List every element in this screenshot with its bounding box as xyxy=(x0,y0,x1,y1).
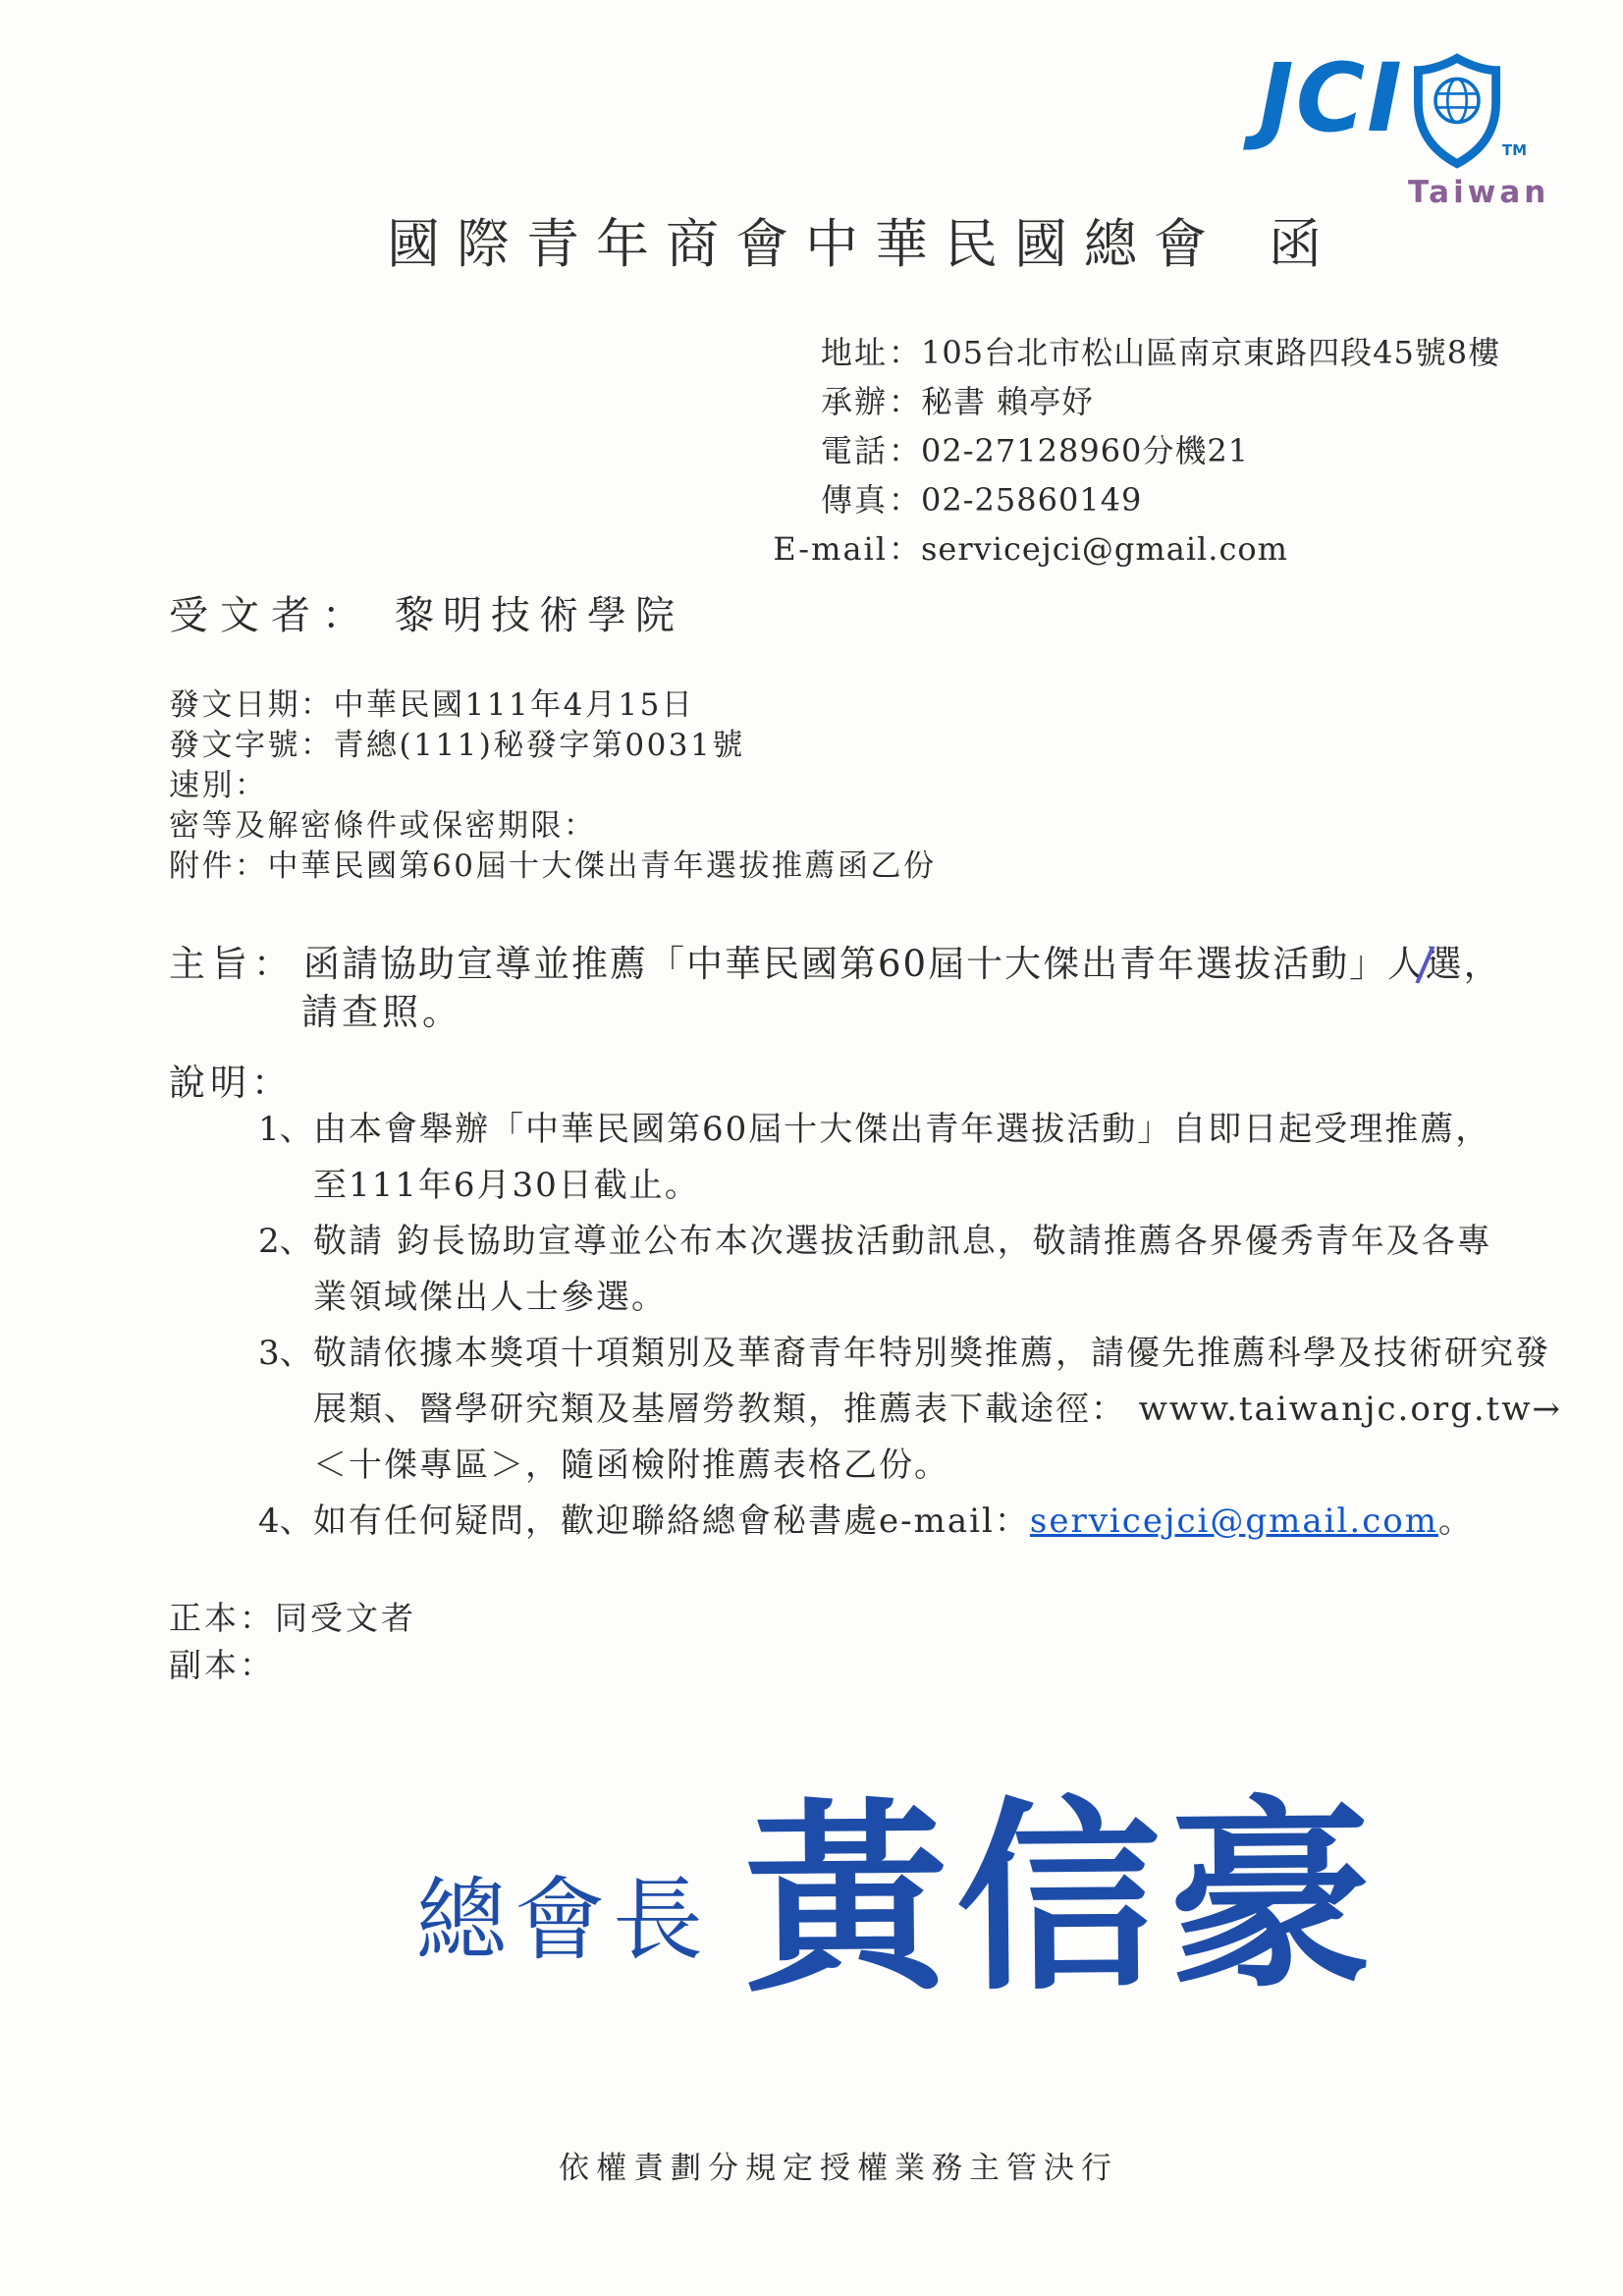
handler-label: 承辦 xyxy=(754,377,888,426)
item-4-number: 4、 xyxy=(258,1494,313,1550)
item-1-line-2: 至111年6月30日截止。 xyxy=(258,1158,1562,1214)
item-2-number: 2、 xyxy=(258,1214,313,1270)
attachment-line: 附件：中華民國第60屆十大傑出青年選拔推薦函乙份 xyxy=(169,847,936,887)
recipient-value: 黎明技術學院 xyxy=(395,593,683,638)
signature-name: 黃信豪 xyxy=(743,1753,1382,2045)
classification-line: 密等及解密條件或保密期限： xyxy=(169,806,936,847)
item-2-line-1: 2、敬請 鈞長協助宣導並公布本次選拔活動訊息，敬請推薦各界優秀青年及各專 xyxy=(258,1214,1562,1270)
organization-name: 國際青年商會中華民國總會 xyxy=(387,213,1223,275)
fax-label: 傳真 xyxy=(754,475,888,524)
address-value: 105台北市松山區南京東路四段45號8樓 xyxy=(921,328,1500,377)
contact-phone-row: 電話：02-27128960分機21 xyxy=(754,426,1500,475)
item-3-number: 3、 xyxy=(258,1326,313,1382)
trademark-label: TM xyxy=(1502,141,1527,159)
handler-value: 秘書 賴亭妤 xyxy=(921,377,1094,426)
item-2-line-2: 業領域傑出人士參選。 xyxy=(258,1270,1562,1326)
jci-taiwan-logo: JCI TM Taiwan xyxy=(1259,51,1573,193)
subject-line-2: 請查照。 xyxy=(301,982,462,1035)
item-3-line-1: 3、敬請依據本獎項十項類別及華裔青年特別獎推薦，請優先推薦科學及技術研究發 xyxy=(258,1326,1562,1382)
item-1-line-1: 1、由本會舉辦「中華民國第60屆十大傑出青年選拔活動」自即日起受理推薦， xyxy=(258,1102,1562,1158)
issue-date-line: 發文日期：中華民國111年4月15日 xyxy=(169,685,936,726)
cc-copy-line: 副本： xyxy=(169,1642,416,1689)
phone-value: 02-27128960分機21 xyxy=(921,426,1249,475)
explanation-label: 說明： xyxy=(169,1053,293,1106)
original-copy-line: 正本：同受文者 xyxy=(169,1595,416,1642)
contact-address-row: 地址：105台北市松山區南京東路四段45號8樓 xyxy=(754,328,1500,377)
contact-handler-row: 承辦：秘書 賴亭妤 xyxy=(754,377,1500,426)
contact-block: 地址：105台北市松山區南京東路四段45號8樓 承辦：秘書 賴亭妤 電話：02-… xyxy=(754,328,1500,574)
authorization-footnote: 依權責劃分規定授權業務主管決行 xyxy=(0,2143,1623,2187)
item-3-line-2: 展類、醫學研究類及基層勞教類，推薦表下載途徑： www.taiwanjc.org… xyxy=(258,1382,1562,1438)
taiwan-label: Taiwan xyxy=(1408,175,1573,210)
copies-block: 正本：同受文者 副本： xyxy=(169,1595,416,1689)
recipient-line: 受文者：黎明技術學院 xyxy=(169,584,683,640)
email-label: E-mail xyxy=(754,524,888,574)
issue-number-line: 發文字號：青總(111)秘發字第0031號 xyxy=(169,726,936,766)
jci-wordmark: JCI xyxy=(1259,51,1404,145)
item-4-line-1: 4、如有任何疑問，歡迎聯絡總會秘書處e-mail：servicejci@gmai… xyxy=(258,1494,1562,1550)
recipient-label: 受文者： xyxy=(169,593,373,638)
letter-page: JCI TM Taiwan 國際青年商會中華民國總會函 地址：105台北市松山區… xyxy=(0,0,1623,2296)
contact-fax-row: 傳真：02-25860149 xyxy=(754,475,1500,524)
jci-shield-globe-icon xyxy=(1414,53,1500,173)
fax-value: 02-25860149 xyxy=(921,475,1142,524)
item-1-number: 1、 xyxy=(258,1102,313,1158)
subject-line-1: 主旨：函請協助宣導並推薦「中華民國第60屆十大傑出青年選拔活動」人∕選， xyxy=(169,934,1502,987)
priority-line: 速別： xyxy=(169,766,936,806)
address-label: 地址 xyxy=(754,328,888,377)
document-meta: 發文日期：中華民國111年4月15日 發文字號：青總(111)秘發字第0031號… xyxy=(169,685,936,887)
subject-label: 主旨： xyxy=(169,943,296,985)
document-type: 函 xyxy=(1269,213,1322,275)
phone-label: 電話 xyxy=(754,426,888,475)
letter-title: 國際青年商會中華民國總會函 xyxy=(387,202,1322,278)
contact-email-row: E-mail：servicejci@gmail.com xyxy=(754,524,1500,574)
signature-title: 總會長 xyxy=(416,1848,711,1978)
email-value: servicejci@gmail.com xyxy=(921,524,1288,574)
item-3-line-3: ＜十傑專區＞，隨函檢附推薦表格乙份。 xyxy=(258,1438,1562,1494)
explanation-items: 1、由本會舉辦「中華民國第60屆十大傑出青年選拔活動」自即日起受理推薦， 至11… xyxy=(258,1102,1562,1550)
secretariat-email-link[interactable]: servicejci@gmail.com xyxy=(1030,1502,1438,1541)
